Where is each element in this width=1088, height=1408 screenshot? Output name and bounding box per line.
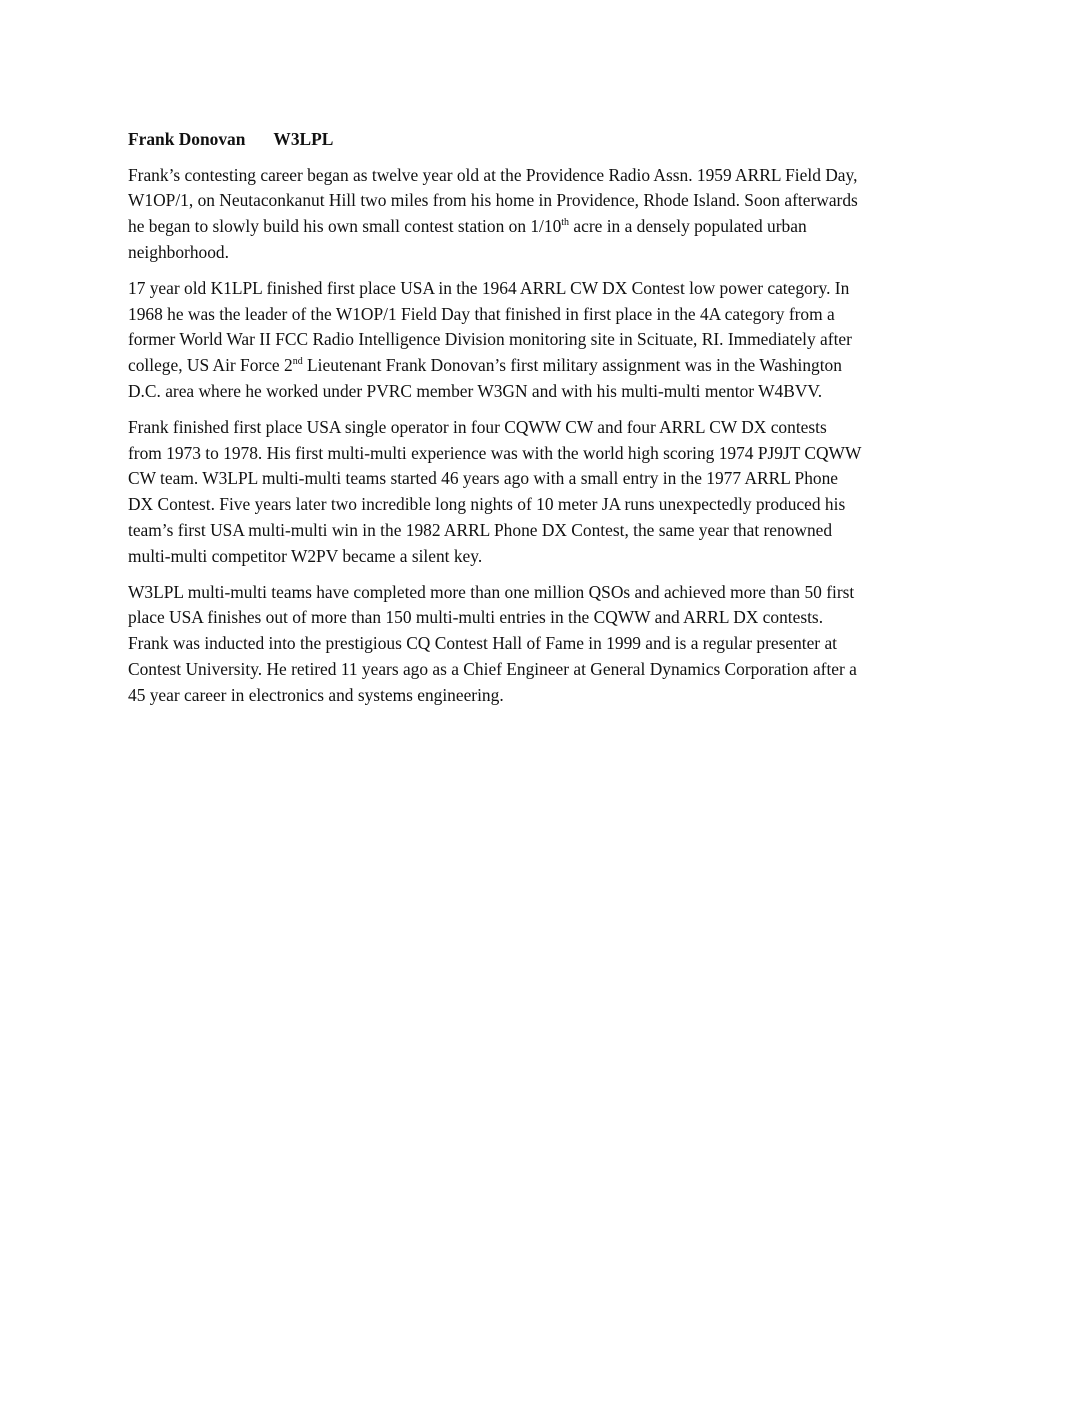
text-line: W1OP/1, on Neutaconkanut Hill two miles … (128, 188, 964, 214)
document-heading: Frank DonovanW3LPL (128, 127, 964, 153)
text-line: from 1973 to 1978. His first multi-multi… (128, 441, 964, 467)
paragraph-early-career: Frank’s contesting career began as twelv… (128, 163, 964, 266)
text-line: multi-multi competitor W2PV became a sil… (128, 544, 964, 570)
ordinal-suffix: nd (293, 356, 303, 367)
text-line: college, US Air Force 2nd Lieutenant Fra… (128, 353, 964, 379)
text-line: 17 year old K1LPL finished first place U… (128, 276, 964, 302)
paragraph-achievements: W3LPL multi-multi teams have completed m… (128, 580, 964, 709)
document-page: Frank DonovanW3LPL Frank’s contesting ca… (128, 127, 964, 719)
text-line: team’s first USA multi-multi win in the … (128, 518, 964, 544)
text-line: Contest University. He retired 11 years … (128, 657, 964, 683)
text-line: neighborhood. (128, 240, 964, 266)
text-line: W3LPL multi-multi teams have completed m… (128, 580, 964, 606)
text-line: Frank’s contesting career began as twelv… (128, 163, 964, 189)
text-line: DX Contest. Five years later two incredi… (128, 492, 964, 518)
text-line: former World War II FCC Radio Intelligen… (128, 327, 964, 353)
paragraph-k1lpl-military: 17 year old K1LPL finished first place U… (128, 276, 964, 405)
text-line: 45 year career in electronics and system… (128, 683, 964, 709)
text-line: he began to slowly build his own small c… (128, 214, 964, 240)
text-line: place USA finishes out of more than 150 … (128, 605, 964, 631)
author-callsign: W3LPL (273, 129, 333, 149)
text-line: Frank was inducted into the prestigious … (128, 631, 964, 657)
ordinal-suffix: th (561, 217, 569, 228)
text-line: D.C. area where he worked under PVRC mem… (128, 379, 964, 405)
text-line: CW team. W3LPL multi-multi teams started… (128, 466, 964, 492)
author-name: Frank Donovan (128, 129, 245, 149)
text-line: 1968 he was the leader of the W1OP/1 Fie… (128, 302, 964, 328)
text-line: Frank finished first place USA single op… (128, 415, 964, 441)
paragraph-multi-multi-history: Frank finished first place USA single op… (128, 415, 964, 569)
